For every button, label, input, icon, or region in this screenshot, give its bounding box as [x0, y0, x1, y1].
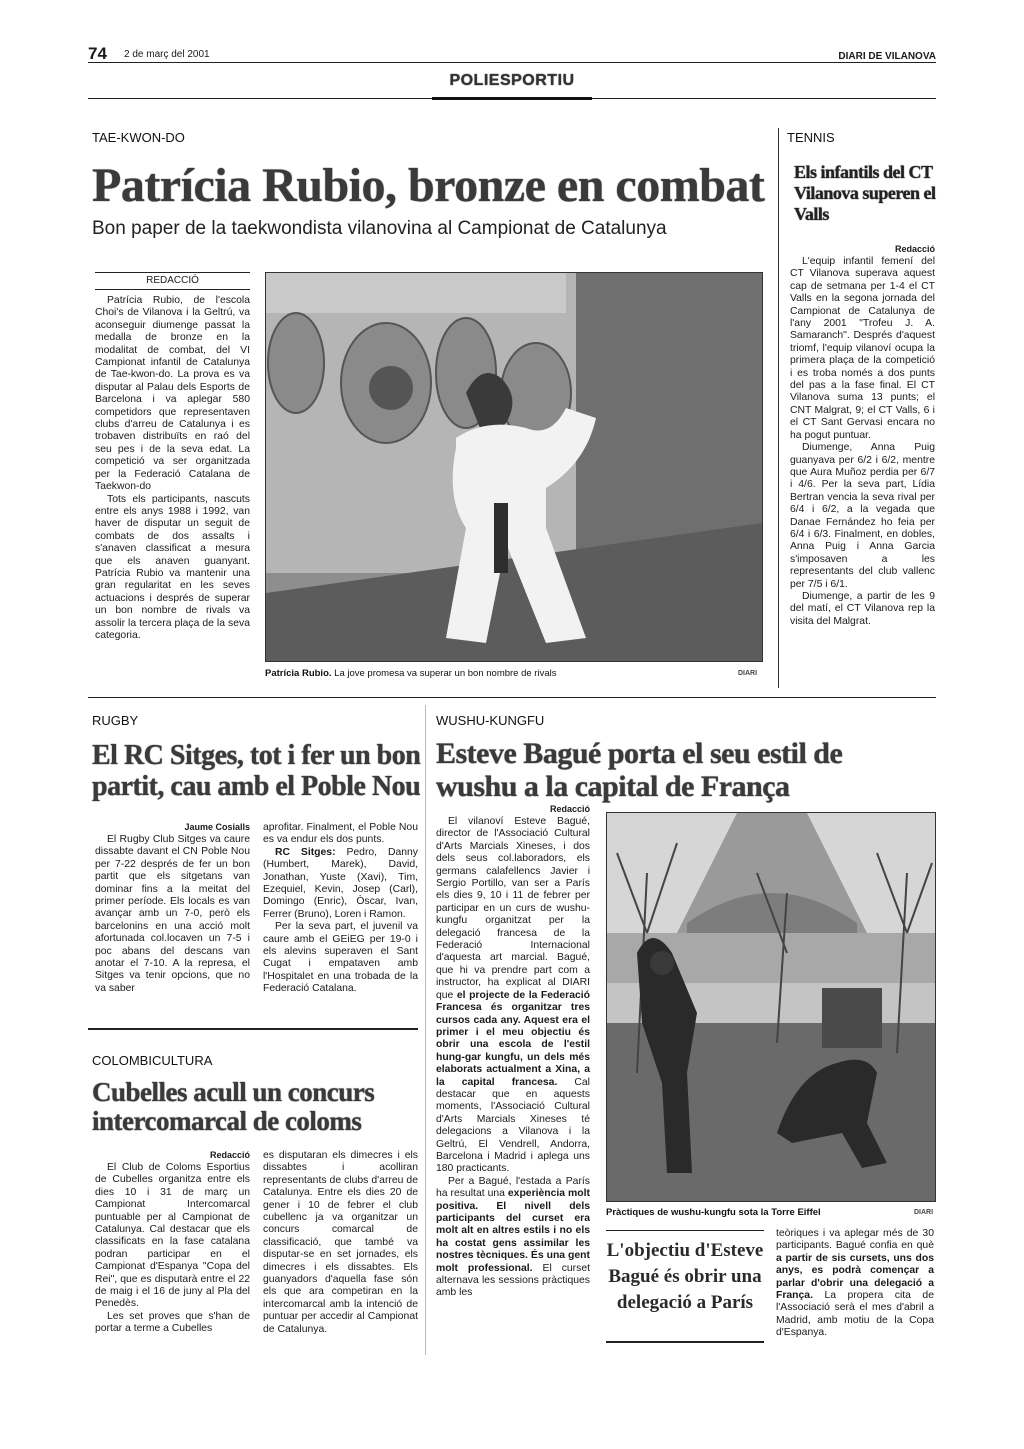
paragraph: Tots els participants, nascuts entre els…: [95, 494, 250, 643]
subhead-taekwondo: Bon paper de la taekwondista vilanovina …: [92, 218, 667, 240]
paragraph: teòriques i va aplegar més de 30 partici…: [776, 1228, 934, 1340]
headline-rugby: El RC Sitges, tot i fer un bon partit, c…: [92, 740, 422, 802]
headline-tennis: Els infantils del CT Vilanova superen el…: [794, 162, 944, 225]
body-wushu-col3: teòriques i va aplegar més de 30 partici…: [776, 1228, 934, 1340]
kicker-tennis: TENNIS: [787, 130, 835, 145]
page-number: 74: [88, 44, 107, 64]
byline-wushu: Redacció: [436, 804, 590, 814]
byline-rule-bottom: [95, 289, 250, 290]
paragraph: El Club de Coloms Esportius de Cubelles …: [95, 1162, 250, 1311]
lineup-paragraph: RC Sitges: Pedro, Danny (Humbert, Marek)…: [263, 847, 418, 921]
pullquote-rule-bottom: [606, 1341, 764, 1343]
paragraph: Les set proves que s'han de portar a ter…: [95, 1311, 250, 1336]
byline-rugby: Jaume Cosialls: [95, 822, 250, 832]
photo-wushu: [606, 812, 936, 1202]
kicker-wushu: WUSHU-KUNGFU: [436, 713, 544, 728]
byline-rule-top: [95, 272, 250, 273]
text-run: teòriques i va aplegar més de 30 partici…: [776, 1228, 934, 1251]
body-wushu-col1: El vilanoví Esteve Bagué, director de l'…: [436, 816, 590, 1300]
paragraph: Patrícia Rubio, de l'escola Choi's de Vi…: [95, 295, 250, 494]
body-rugby-col2: aprofitar. Finalment, el Poble Nou es va…: [263, 822, 418, 996]
rugby-end-rule: [88, 1028, 418, 1030]
body-tennis: L'equip infantil femení del CT Vilanova …: [790, 256, 935, 628]
paragraph: Diumenge, Anna Puig guanyava per 6/2 i 6…: [790, 442, 935, 591]
body-colombicultura-col2: es disputaran els dimecres i els dissabt…: [263, 1150, 418, 1336]
kicker-rugby: RUGBY: [92, 713, 138, 728]
paragraph: El Rugby Club Sitges va caure dissabte d…: [95, 834, 250, 995]
kicker-colombicultura: COLOMBICULTURA: [92, 1053, 212, 1068]
kicker-taekwondo: TAE-KWON-DO: [92, 130, 185, 145]
photo-caption-taekwondo: Patrícia Rubio. La jove promesa va super…: [265, 668, 705, 679]
body-rugby-col1: El Rugby Club Sitges va caure dissabte d…: [95, 834, 250, 995]
byline-tennis: Redacció: [790, 244, 935, 254]
headline-wushu: Esteve Bagué porta el seu estil de wushu…: [436, 737, 896, 803]
photo-credit-wushu: DIARI: [914, 1209, 933, 1216]
section-rule-accent: [432, 97, 592, 100]
paragraph: Diumenge, a partir de les 9 del matí, el…: [790, 591, 935, 628]
paragraph: El vilanoví Esteve Bagué, director de l'…: [436, 816, 590, 1176]
pullquote-wushu: L'objectiu d'Esteve Bagué és obrir una d…: [606, 1238, 764, 1316]
masthead-rule: [88, 62, 936, 63]
body-colombicultura-col1: El Club de Coloms Esportius de Cubelles …: [95, 1162, 250, 1336]
column-divider: [425, 705, 426, 1355]
paragraph: aprofitar. Finalment, el Poble Nou es va…: [263, 822, 418, 847]
photo-taekwondo: [265, 272, 763, 662]
quote-run: experiència molt positiva. El nivell del…: [436, 1188, 590, 1273]
section-title: POLIESPORTIU: [0, 72, 1024, 90]
photo-caption-wushu: Pràctiques de wushu-kungfu sota la Torre…: [606, 1207, 821, 1218]
quote-run: el projecte de la Federació Francesa és …: [436, 990, 590, 1088]
paragraph: Per a Bagué, l'estada a París ha resulta…: [436, 1176, 590, 1300]
headline-colombicultura: Cubelles acull un concurs intercomarcal …: [92, 1078, 422, 1136]
headline-taekwondo: Patrícia Rubio, bronze en combat: [92, 160, 764, 212]
paragraph: L'equip infantil femení del CT Vilanova …: [790, 256, 935, 442]
mid-page-rule: [88, 697, 936, 698]
caption-text: La jove promesa va superar un bon nombre…: [334, 668, 556, 679]
issue-date: 2 de març del 2001: [124, 49, 210, 60]
newspaper-name: DIARI DE VILANOVA: [838, 51, 936, 62]
eiffel-photo-illustration: [607, 813, 935, 1201]
byline-colombicultura: Redacció: [95, 1150, 250, 1160]
column-divider: [778, 128, 779, 688]
text-run: El vilanoví Esteve Bagué, director de l'…: [436, 816, 590, 1001]
pullquote-rule-top: [606, 1230, 764, 1231]
photo-credit-taekwondo: DIARI: [738, 670, 757, 677]
lineup-label: RC Sitges:: [275, 847, 336, 858]
paragraph: Per la seva part, el juvenil va caure am…: [263, 921, 418, 995]
taekwondo-photo-illustration: [266, 273, 762, 661]
text-run: Cal destacar que en aquests moments, l'A…: [436, 1077, 590, 1175]
caption-lead: Patrícia Rubio.: [265, 668, 332, 679]
paragraph: es disputaran els dimecres i els dissabt…: [263, 1150, 418, 1336]
body-taekwondo: Patrícia Rubio, de l'escola Choi's de Vi…: [95, 295, 250, 642]
byline-taekwondo: REDACCIÓ: [95, 275, 250, 286]
